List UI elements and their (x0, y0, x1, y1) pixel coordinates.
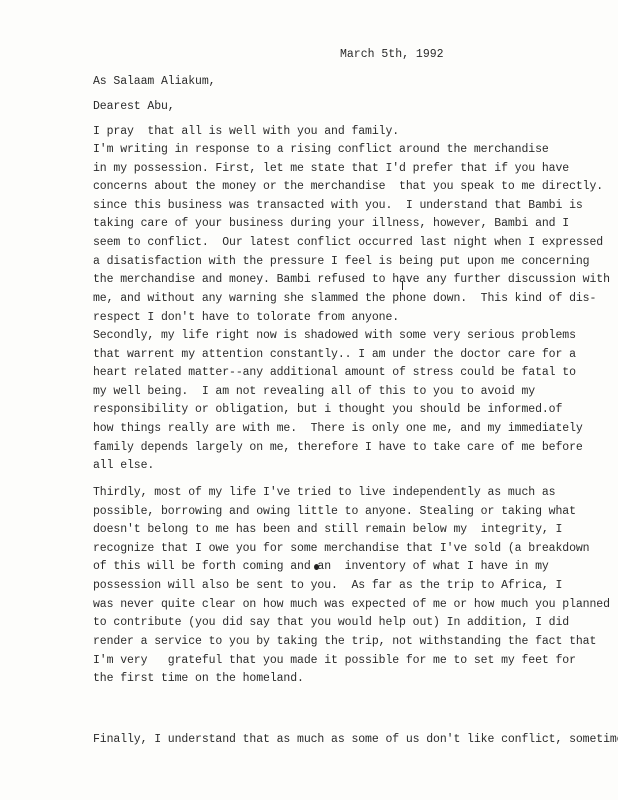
letter-date: March 5th, 1992 (340, 48, 444, 62)
letter-line: possession will also be sent to you. As … (93, 579, 562, 593)
letter-line: all else. (93, 459, 154, 473)
handwritten-caret-mark (402, 281, 403, 290)
letter-line: responsibility or obligation, but i thou… (93, 403, 562, 417)
letter-line: Secondly, my life right now is shadowed … (93, 329, 576, 343)
letter-salutation: Dearest Abu, (93, 100, 175, 114)
letter-line: possible, borrowing and owing little to … (93, 505, 576, 519)
letter-page: March 5th, 1992 As Salaam Aliakum, Deare… (0, 0, 618, 800)
letter-line: heart related matter--any additional amo… (93, 366, 576, 380)
letter-line: recognize that I owe you for some mercha… (93, 542, 589, 556)
letter-line: was never quite clear on how much was ex… (93, 598, 610, 612)
letter-line: me, and without any warning she slammed … (93, 292, 596, 306)
letter-line: taking care of your business during your… (93, 217, 569, 231)
letter-line: since this business was transacted with … (93, 199, 583, 213)
letter-line: concerns about the money or the merchand… (93, 180, 603, 194)
letter-line: I'm writing in response to a rising conf… (93, 143, 549, 157)
letter-line: Finally, I understand that as much as so… (93, 733, 618, 747)
letter-line: I'm very grateful that you made it possi… (93, 654, 576, 668)
ink-blot-mark (314, 564, 319, 570)
letter-line: how things really are with me. There is … (93, 422, 583, 436)
letter-line: of this will be forth coming and an inve… (93, 560, 549, 574)
letter-line: the first time on the homeland. (93, 672, 304, 686)
letter-line: the merchandise and money. Bambi refused… (93, 273, 610, 287)
letter-line: that warrent my attention constantly.. I… (93, 348, 576, 362)
letter-line: doesn't belong to me has been and still … (93, 523, 562, 537)
letter-line: in my possession. First, let me state th… (93, 162, 569, 176)
letter-greeting: As Salaam Aliakum, (93, 75, 215, 89)
letter-line: I pray that all is well with you and fam… (93, 125, 399, 139)
letter-line: seem to conflict. Our latest conflict oc… (93, 236, 603, 250)
letter-line: respect I don't have to tolorate from an… (93, 311, 399, 325)
letter-line: family depends largely on me, therefore … (93, 441, 583, 455)
letter-line: my well being. I am not revealing all of… (93, 385, 535, 399)
letter-line: Thirdly, most of my life I've tried to l… (93, 486, 555, 500)
letter-line: to contribute (you did say that you woul… (93, 616, 569, 630)
letter-line: render a service to you by taking the tr… (93, 635, 596, 649)
letter-line: a disatisfaction with the pressure I fee… (93, 255, 589, 269)
